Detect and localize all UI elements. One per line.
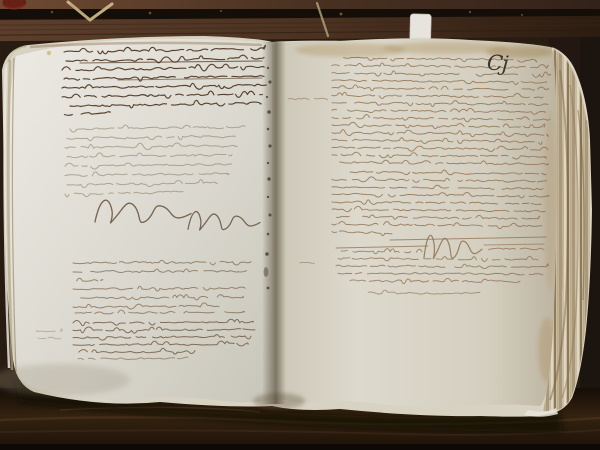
manuscript-photo-canvas: Cj <box>0 0 600 450</box>
small-spot <box>47 51 51 55</box>
manuscript-photo: Cj <box>0 0 600 450</box>
folio-number: Cj <box>486 50 510 75</box>
stain-right-edge <box>544 110 556 290</box>
top-board-1 <box>0 0 600 10</box>
table-front-shadow <box>0 444 600 450</box>
gutter-shadow <box>262 42 286 404</box>
